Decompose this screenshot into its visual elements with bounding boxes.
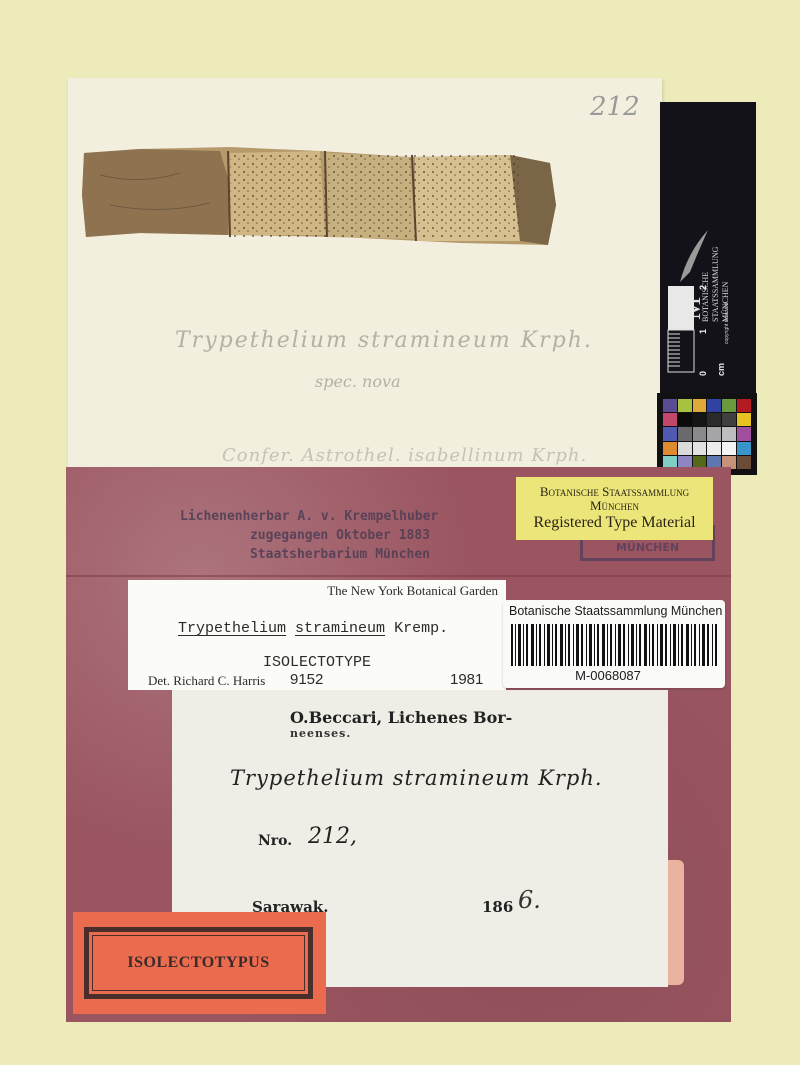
color-swatch: [722, 427, 736, 440]
herbarium-stamp: Lichenenherbar A. v. Krempelhuber zugega…: [180, 507, 500, 564]
color-swatch: [663, 442, 677, 455]
svg-text:cm: cm: [716, 363, 726, 376]
nybg-taxon-name: Trypethelium stramineum Kremp.: [178, 620, 448, 637]
reg-status: Registered Type Material: [516, 513, 713, 533]
beccari-year-printed: 186: [482, 898, 513, 916]
nybg-determiner: Det. Richard C. Harris: [148, 673, 265, 689]
isolectotypus-label: ISOLECTOTYPUS: [73, 912, 326, 1014]
color-swatch: [678, 427, 692, 440]
barcode-institution: Botanische Staatssammlung München: [509, 604, 722, 618]
stamp-line-3: Staatsherbarium München: [180, 545, 500, 564]
stamp-line-2: zugegangen Oktober 1883: [180, 526, 500, 545]
color-swatch: [693, 399, 707, 412]
beccari-number-value: 212,: [308, 824, 357, 849]
nybg-number: 9152: [290, 671, 323, 688]
color-swatch: [707, 413, 721, 426]
color-swatch: [722, 413, 736, 426]
torn-paper-fragment: [668, 860, 684, 985]
nybg-type-status: ISOLECTOTYPE: [128, 654, 506, 671]
color-swatch: [737, 399, 751, 412]
isolectotypus-text: ISOLECTOTYPUS: [92, 935, 305, 991]
color-swatch: [693, 442, 707, 455]
svg-text:STAATSSAMMLUNG: STAATSSAMMLUNG: [711, 246, 720, 322]
registered-type-material-label: Botanische Staatssammlung München Regist…: [516, 477, 713, 540]
scale-bar-graphic: BOTANISCHE STAATSSAMMLUNG MÜNCHEN M 2 1 …: [660, 102, 756, 394]
beccari-year-handwritten: 6.: [518, 886, 541, 914]
pencil-annotation-species: Trypethelium stramineum Krph.: [175, 328, 593, 353]
nybg-determination-label: The New York Botanical Garden Trypetheli…: [128, 580, 506, 690]
color-swatch: [663, 427, 677, 440]
color-swatch: [737, 456, 751, 469]
color-swatch: [707, 427, 721, 440]
isolectotypus-frame: ISOLECTOTYPUS: [84, 927, 313, 999]
lichen-bark-specimen: [80, 145, 560, 250]
color-swatch: [707, 442, 721, 455]
color-swatch: [678, 442, 692, 455]
svg-text:2: 2: [698, 285, 708, 290]
color-calibration-chart: [657, 393, 757, 475]
pencil-annotation-spec-nova: spec. nova: [315, 372, 401, 391]
beccari-header-continued: neenses.: [290, 727, 351, 740]
envelope-flap-fold: [66, 575, 731, 577]
beccari-species-handwritten: Trypethelium stramineum Krph.: [230, 766, 603, 790]
reg-institution: Botanische Staatssammlung: [516, 485, 713, 499]
color-swatch: [737, 413, 751, 426]
stamp-line-1: Lichenenherbar A. v. Krempelhuber: [180, 507, 500, 526]
color-swatch: [737, 427, 751, 440]
nybg-organization: The New York Botanical Garden: [128, 583, 498, 599]
scale-bar: BOTANISCHE STAATSSAMMLUNG MÜNCHEN M 2 1 …: [660, 102, 756, 394]
nybg-author: Kremp.: [394, 620, 448, 637]
color-swatch: [693, 413, 707, 426]
svg-text:1: 1: [698, 329, 708, 334]
color-swatch: [663, 399, 677, 412]
color-swatch-grid: [663, 399, 751, 469]
color-swatch: [707, 399, 721, 412]
color-swatch: [678, 413, 692, 426]
beccari-number-label: Nro.: [258, 833, 292, 849]
color-swatch: [722, 399, 736, 412]
specimen-sheet: [68, 78, 662, 470]
color-swatch: [722, 442, 736, 455]
barcode-label: Botanische Staatssammlung München M-0068…: [503, 600, 725, 688]
nybg-year: 1981: [450, 671, 483, 688]
reg-city: München: [516, 499, 713, 513]
beccari-header: O.Beccari, Lichenes Bor-: [290, 708, 512, 727]
pencil-annotation-confer: Confer. Astrothel. isabellinum Krph.: [222, 445, 587, 466]
nybg-genus: Trypethelium: [178, 620, 286, 637]
sheet-number: 212: [590, 92, 640, 122]
color-swatch: [737, 442, 751, 455]
barcode-icon: [511, 624, 717, 666]
color-swatch: [693, 427, 707, 440]
barcode-id: M-0068087: [503, 668, 713, 683]
color-swatch: [678, 399, 692, 412]
svg-text:copyright reserved: copyright reserved: [724, 303, 730, 344]
nybg-species: stramineum: [295, 620, 385, 637]
color-swatch: [663, 413, 677, 426]
svg-text:0: 0: [698, 371, 708, 376]
